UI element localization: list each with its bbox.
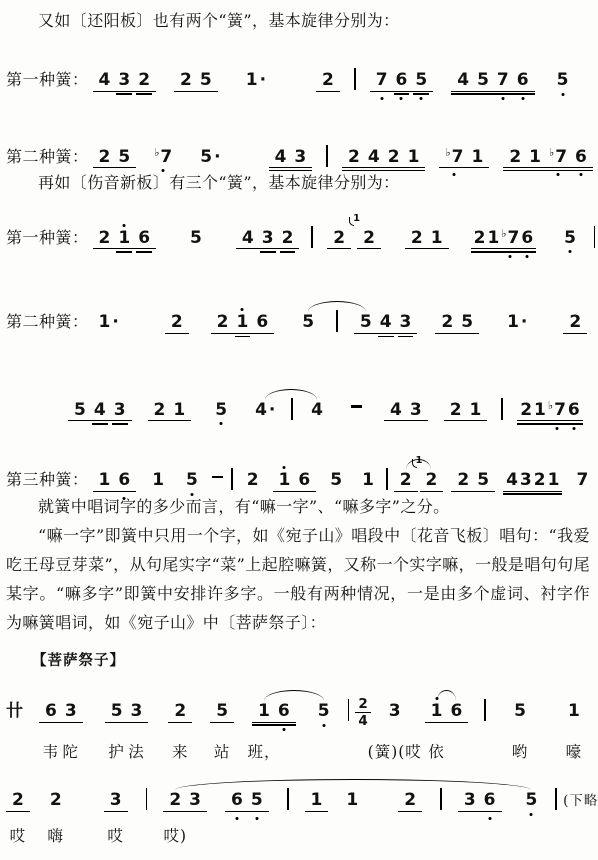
note-digit: 6 [575,147,587,167]
note: ♭7 [441,146,467,167]
note: 4 [364,147,384,167]
barline [146,788,148,810]
note-digit: 2 [569,312,581,332]
barline [348,699,350,721]
note: 5 [560,228,580,248]
note-digit: 7 [452,147,464,167]
lyric-syllable: 陀 [63,740,80,762]
note: 5 [114,147,134,167]
note: 1 [169,400,189,420]
note: 2 [95,228,115,248]
note: 1 [427,701,447,721]
octave-dot-low [569,250,572,253]
note: 1 [525,147,545,167]
lyric-syllable: 站 [214,740,231,762]
note-beam-group: 21 [405,228,449,249]
note-beam-group: 1· [93,312,125,332]
note-digit: 2 [457,470,469,490]
note-digit: 4 [99,70,111,90]
note-digit: 2 [247,470,259,490]
note-digit: 2 [12,790,24,810]
music-line-label: 第二种簧： [6,147,89,166]
note: 2 [396,470,416,490]
note: 21 [359,228,379,248]
note-beam-group: 21♭76 [503,146,593,168]
note-digit: 2 [333,228,345,248]
note-digit: 2 [138,70,150,90]
note: 5 [553,70,573,90]
dash-prolong-mark [351,405,362,408]
note: 2 [278,228,298,248]
octave-dot-low [530,813,533,816]
note-digit: 5 [564,228,576,248]
note-beam-group: 53 [105,701,149,722]
note-digit: 5 [186,470,198,490]
note-digit: 5 [415,70,427,90]
slur-arc [265,389,317,400]
note-digit: 7 [554,400,566,420]
music-line-pusajizi-2: 2232365112365(下略)哎嗨哎哎) [6,788,590,847]
note: 3 [519,470,533,490]
note-digit: 4 [242,228,254,248]
section-header-pusajizi: 【菩萨祭子】 [32,649,590,670]
note-digit: 3 [294,147,306,167]
note: 1 [233,312,253,332]
barline [555,788,557,810]
note: 5· [196,147,224,167]
note-digit: 3 [262,228,274,248]
lyric-syllable: 哎 [10,824,27,846]
note-beam-group: 216 [93,228,157,249]
barline [291,398,293,420]
note-beam-group: 4576 [451,70,534,91]
note: 5 [411,70,431,90]
note-beam-group: 16 [252,701,296,722]
note-beam-group: 543 [68,400,132,421]
note-digit: 2 [348,147,360,167]
note-beam-group: 16 [425,701,469,722]
note-digit: 6 [517,70,529,90]
music-line-label: 第一种簧： [6,228,89,247]
note: 2 [46,790,66,810]
note-digit: 5 [360,312,372,332]
note-beam-group: 63 [39,701,83,722]
barline [287,788,289,810]
lyric-syllable: 韦 [43,740,60,762]
note-digit: 2 [404,790,416,810]
note: 1 [547,470,561,490]
note-digit: 1 [470,400,482,420]
note: 3 [61,701,81,721]
note-digit: 5 [330,470,342,490]
note-digit: 1 [507,312,519,332]
barline [354,68,356,90]
note: 3 [114,70,134,90]
note-digit: 1 [173,400,185,420]
note-digit: 2 [322,70,334,90]
note-digit: 4 [94,400,106,420]
note-digit: 5 [302,312,314,332]
octave-dot-low [190,493,193,496]
note-digit: 2 [282,228,294,248]
note: 6 [567,400,581,420]
note: 2 [453,470,473,490]
slur-arc [308,301,366,312]
note-digit: 1 [431,228,443,248]
flat-sign: ♭ [548,399,553,412]
note-digit: 5 [477,470,489,490]
note: 5 [182,470,202,490]
note-digit: 7 [160,147,172,167]
note-beam-group: 2 [168,701,192,722]
note: 6 [480,790,500,810]
note: 2 [329,228,349,248]
note-digit: 5 [514,701,526,721]
note: 4 [90,400,110,420]
note: 4 [376,312,396,332]
note: 6 [41,701,61,721]
note: 5 [107,701,127,721]
barline [484,699,486,721]
note: 2 [150,400,170,420]
note: 2 [318,70,338,90]
note-digit: 1 [99,470,111,490]
note-digit: 3 [189,790,201,810]
note-beam-group: 1 [146,470,170,490]
octave-dot-low [509,255,512,258]
note-beam-group: 1 [305,790,329,811]
note-digit: 1 [258,701,270,721]
music-line-row: 第一种簧：432251·276545765 [6,67,590,91]
note: 5 [314,701,334,721]
note-beam-group: 5 [184,228,208,248]
note: 2 [437,312,457,332]
barline [231,468,233,490]
note: 3 [110,400,130,420]
note: 6 [294,470,314,490]
octave-dot-low [579,173,582,176]
note: 6 [571,147,591,167]
note-digit: 5 [461,312,473,332]
note: 2 [134,70,154,90]
note-beam-group: 21 [444,400,488,421]
barline [440,788,442,810]
note-digit: 5 [215,400,227,420]
note-digit: 5 [200,70,212,90]
note: 2 [384,147,404,167]
note-digit: 2 [99,147,111,167]
note: 2 [167,312,187,332]
note-beam-group: 43 [269,147,313,168]
octave-dot-low [453,173,456,176]
note-beam-group: 16 [273,470,317,491]
augmentation-dot: · [269,400,275,420]
music-line-shangyin-3: 第三种簧：16152165122125432171♭765221♭765 [6,467,590,491]
lyrics-row: 哎嗨哎哎) [6,824,590,848]
octave-dot-low [561,93,564,96]
note-beam-group: 1 [356,470,380,490]
note-beam-group: 25 [174,70,218,91]
note: 3 [396,312,416,332]
note: 3 [406,400,426,420]
note-digit: 5 [111,701,123,721]
note-beam-group: 1 [562,701,586,721]
free-meter-mark: 卄 [6,701,23,721]
dash-prolong-mark [212,476,223,479]
note-beam-group: 5 [508,701,532,721]
octave-dot-low [123,497,126,500]
music-line-row: 卄6353251652431651 [6,696,590,728]
note: 1 [95,470,115,490]
octave-dot-low [255,817,258,820]
note-digit: 2 [474,228,486,248]
lyric-syllable: 哟 [512,740,529,762]
note-beam-group: 2 [241,470,265,490]
note: 1 [404,147,424,167]
note-beam-group: 2 [44,790,68,810]
omission-note-text: (下略) [563,793,598,809]
lyric-syllable: 哎) [163,824,187,846]
note-digit: 1 [534,400,546,420]
note: 4 [307,400,327,420]
note: 1 [307,790,327,810]
slur-arc [175,779,531,790]
note-digit: 5 [74,400,86,420]
note-beam-group: 25 [451,470,495,491]
octave-dot-low [501,97,504,100]
note-digit: 5 [557,70,569,90]
note-digit: 5 [318,701,330,721]
note-digit: 6 [231,790,243,810]
music-line-shangyin-2b: 5432154·4432121♭765 [6,398,590,421]
note-digit: 3 [114,400,126,420]
octave-dot-high [241,308,244,311]
lyric-syllable: 哎 [107,824,124,846]
paragraph-huanyangban-intro: 又如〔还阳板〕也有两个“簧”，基本旋律分别为： [6,6,590,35]
note-beam-group: 2 [327,228,351,249]
note: 2 [243,470,263,490]
note: 5 [473,70,493,90]
note-digit: 2 [441,312,453,332]
note: 6 [513,70,533,90]
note-beam-group: 2 [398,790,422,811]
grace-note: 1 [353,214,360,224]
note-digit: 1 [246,70,258,90]
note-digit: 2 [363,228,375,248]
lyric-syllable: 嚎 [566,740,583,762]
note-digit: 6 [298,470,310,490]
note: 2 [407,228,427,248]
note-digit: 1 [548,470,560,490]
lyric-syllable: 嗨 [48,824,65,846]
note: 1 [564,701,584,721]
note-digit: 1 [471,147,483,167]
note: 2 [213,312,233,332]
note-digit: 2 [99,228,111,248]
note-digit: 1 [431,701,443,721]
note: 4· [251,400,279,420]
note: 7 [493,70,513,90]
note-digit: 5 [251,790,263,810]
note-digit: 2 [217,312,229,332]
note-digit: 1 [346,790,358,810]
music-line-label: 第三种簧： [6,470,89,489]
octave-dot-low [235,817,238,820]
note-beam-group: 25 [93,147,137,168]
note-digit: 1 [408,147,420,167]
note: 4 [238,228,258,248]
note-digit: 2 [180,70,192,90]
time-signature-denominator: 4 [355,713,370,728]
music-line-shangyin-1: 第一种簧：21654322212121♭765 [6,225,590,249]
note: 6 [392,70,412,90]
note-digit: 4 [457,70,469,90]
note: 3 [106,790,126,810]
octave-dot-low [555,427,558,430]
note: 1 [275,470,295,490]
note-digit: 3 [464,790,476,810]
music-line-row: 第三种簧：16152165122125432171♭765221♭765 [6,467,590,491]
note-digit: 6 [568,400,580,420]
note-digit: 2 [171,312,183,332]
note-digit: 4 [390,400,402,420]
barline [501,398,503,420]
octave-dot-low [400,97,403,100]
note-beam-group: 5 [520,790,544,810]
note: 1 [533,400,547,420]
augmentation-dot: · [260,70,266,90]
octave-dot-low [488,817,491,820]
lyric-syllable: 法 [128,740,145,762]
note-beam-group: 2 [316,70,340,91]
note: 5 [196,70,216,90]
note-beam-group: 36 [458,790,502,811]
note: 3 [185,790,205,810]
note-beam-group: 5 [324,470,348,490]
music-line-row: 5432154·4432121♭765 [6,398,590,421]
augmentation-dot: · [521,312,527,332]
note-digit: 5 [200,147,212,167]
augmentation-dot: · [214,147,220,167]
flat-sign: ♭ [445,146,450,159]
note: 3 [258,228,278,248]
note: 6 [274,701,294,721]
octave-dot-low [526,255,529,258]
octave-dot-high [123,224,126,227]
note-beam-group: 4· [249,400,281,420]
final-barline [594,226,598,248]
note: 2 [170,701,190,721]
note: 5 [356,312,376,332]
note-beam-group: 2 [563,312,587,333]
slur-arc [406,459,432,470]
note: 6 [252,312,272,332]
note-beam-group: 216 [211,312,275,333]
octave-dot-low [322,724,325,727]
music-line-huanyang-1: 第一种簧：432251·276545765 [6,67,590,91]
note-digit: 1 [237,312,249,332]
note: 6 [134,228,154,248]
note-digit: 6 [278,701,290,721]
note-digit: 6 [256,312,268,332]
slur-arc [437,690,457,701]
paragraph-shangyin-intro: 再如〔伤音新板〕有三个“簧”，基本旋律分别为： [6,168,590,197]
note-digit: 2 [534,470,546,490]
note-beam-group: 2 [394,470,418,491]
octave-dot-low [380,97,383,100]
note-digit: 7 [555,147,567,167]
flat-sign: ♭ [549,146,554,159]
note-digit: 3 [110,790,122,810]
note-beam-group: 25 [435,312,479,333]
note-digit: 4 [368,147,380,167]
note-digit: 6 [118,470,130,490]
note: 1 [114,228,134,248]
note: 2 [176,70,196,90]
note: 1 [342,790,362,810]
note-digit: 1 [529,147,541,167]
note: 1 [254,701,274,721]
note-beam-group: 5 [180,470,204,490]
octave-dot-low [557,173,560,176]
note: 1 [466,400,486,420]
octave-dot-high [283,466,286,469]
note-digit: 4 [380,312,392,332]
note: 5 [298,312,318,332]
music-line-row: 第二种簧：25♭75·432421♭7121♭765 [6,144,590,168]
note-digit: 6 [521,228,533,248]
note-digit: 1 [118,228,130,248]
barline [386,468,388,490]
note-digit: 2 [50,790,62,810]
note-beam-group: 1 [340,790,364,810]
note-digit: 2 [388,147,400,167]
note-digit: 1 [362,470,374,490]
note-digit: 1 [152,470,164,490]
note-digit: 5 [216,701,228,721]
note-beam-group: 23 [163,790,207,811]
lyric-syllable: 护 [108,740,125,762]
note: ♭7 [545,146,571,167]
octave-dot-low [521,97,524,100]
note: 4 [386,400,406,420]
note-beam-group: 21 [357,228,381,249]
note: 7 [372,70,392,90]
note-digit: 3 [389,701,401,721]
note-beam-group: 432 [236,228,300,249]
lyric-syllable: (簧)(哎 [368,740,422,762]
note: 3 [127,701,147,721]
note-beam-group: ♭71 [439,146,489,168]
note-digit: 2 [174,701,186,721]
note-beam-group: 543 [354,312,418,333]
note-beam-group: 1· [501,312,533,332]
note-digit: 1 [279,470,291,490]
note: 6 [446,701,466,721]
note: 5 [510,701,530,721]
note-digit: 6 [450,701,462,721]
time-signature-numerator: 2 [355,697,370,713]
note: 1· [95,312,123,332]
note-digit: 7 [576,470,588,490]
note: 2 [505,147,525,167]
note-beam-group: 21♭76 [517,399,583,421]
note-digit: 6 [396,70,408,90]
barline [311,226,313,248]
note: 1 [148,470,168,490]
flat-sign: ♭ [154,146,159,159]
note: 7 [572,470,592,490]
